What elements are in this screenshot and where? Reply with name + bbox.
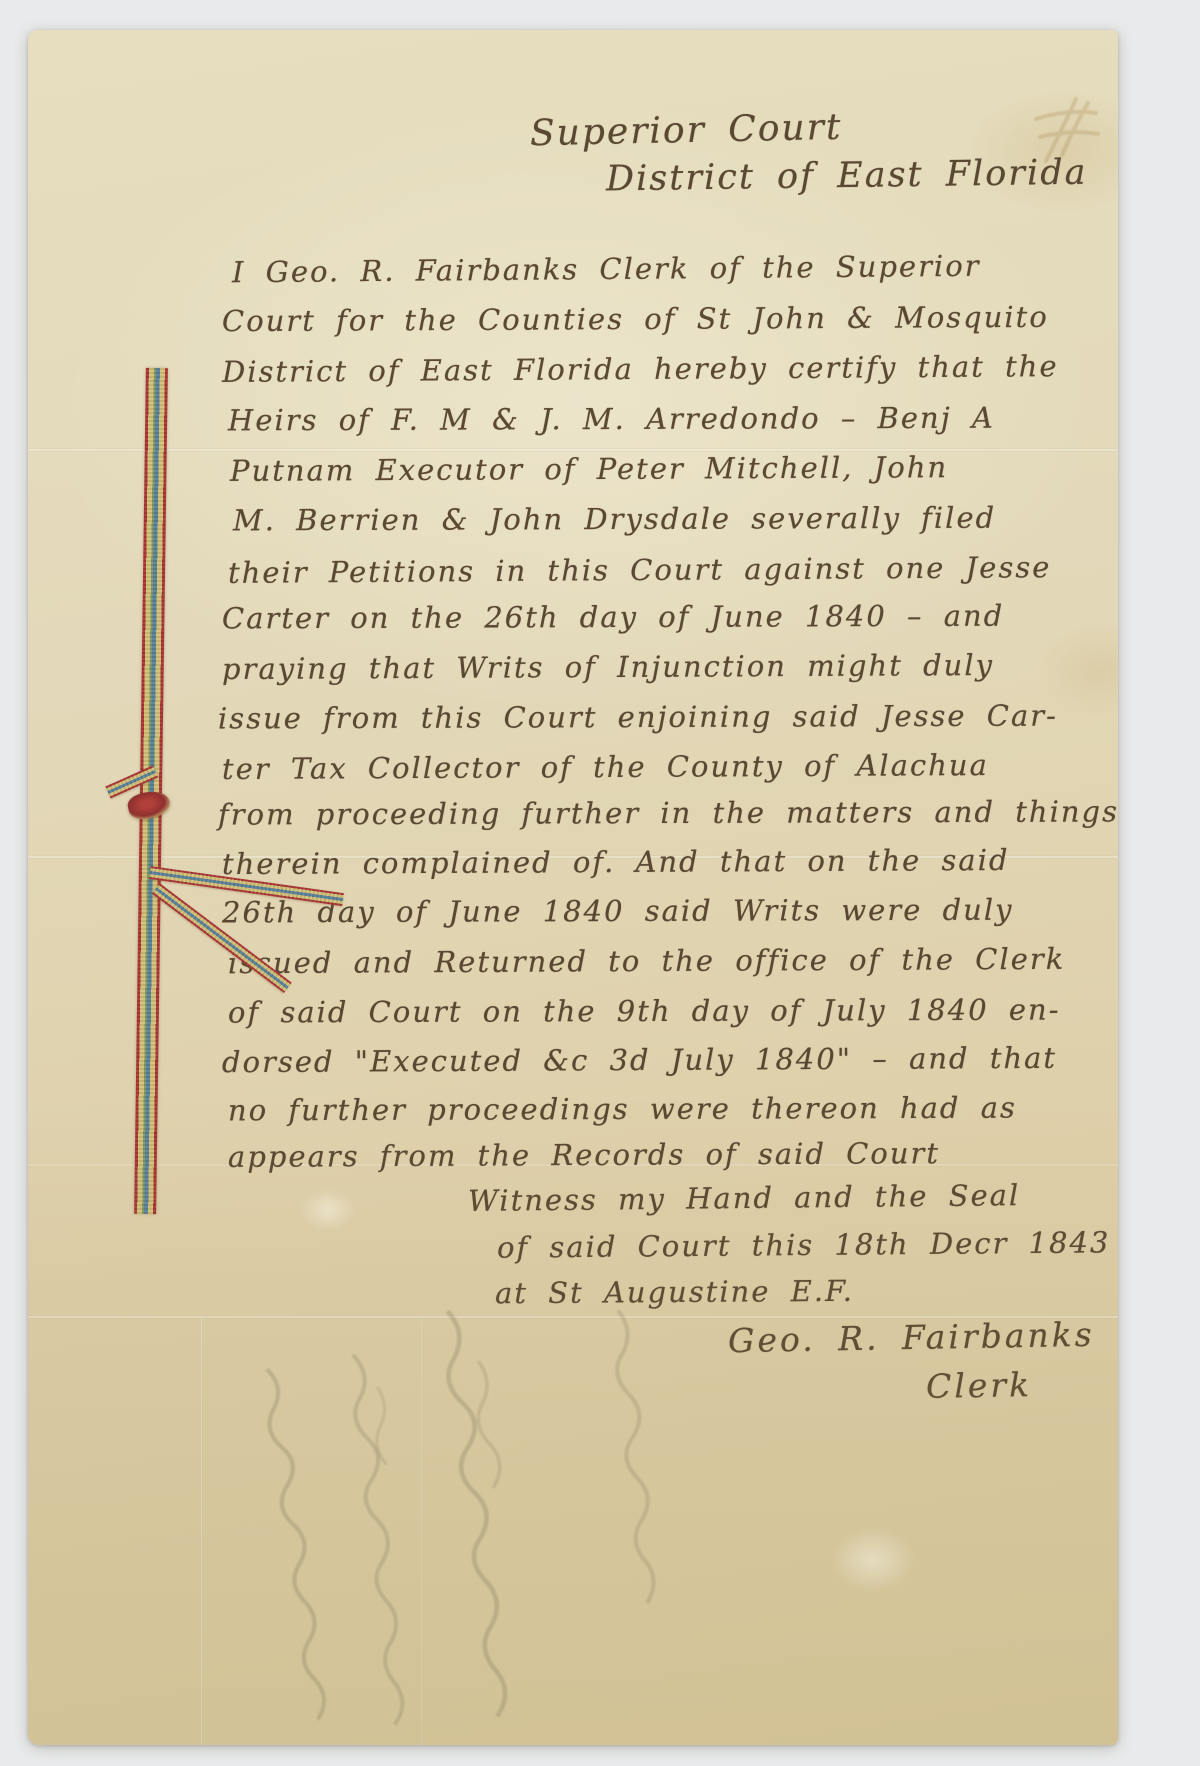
manuscript-line: Putnam Executor of Peter Mitchell, John xyxy=(230,450,948,488)
manuscript-line: appears from the Records of said Court xyxy=(228,1136,940,1174)
manuscript-line: Carter on the 26th day of June 1840 – an… xyxy=(222,599,1004,636)
district-title: District of East Florida xyxy=(606,153,1088,200)
witness-line: Witness my Hand and the Seal xyxy=(468,1178,1021,1218)
scan-background: Superior Court District of East Florida … xyxy=(0,0,1200,1766)
manuscript-line: no further proceedings were thereon had … xyxy=(228,1091,1017,1128)
manuscript-line: of said Court on the 9th day of July 184… xyxy=(228,993,1061,1030)
ribbon-knot xyxy=(126,788,172,822)
manuscript-line: I Geo. R. Fairbanks Clerk of the Superio… xyxy=(232,249,981,290)
document-page: Superior Court District of East Florida … xyxy=(28,30,1118,1745)
manuscript-line: praying that Writs of Injunction might d… xyxy=(222,648,994,686)
manuscript-line: their Petitions in this Court against on… xyxy=(228,550,1052,590)
signature-title: Clerk xyxy=(926,1365,1033,1406)
signature: Geo. R. Fairbanks xyxy=(728,1315,1095,1360)
witness-line: at St Augustine E.F. xyxy=(495,1274,854,1311)
manuscript-line: Heirs of F. M & J. M. Arredondo – Benj A xyxy=(228,401,995,438)
manuscript-line: dorsed "Executed &c 3d July 1840" – and … xyxy=(222,1041,1057,1079)
bleed-through-writing xyxy=(407,1299,535,1745)
manuscript-line: District of East Florida hereby certify … xyxy=(222,349,1059,389)
manuscript-line: from proceeding further in the matters a… xyxy=(218,794,1119,831)
manuscript-line: therein complained of. And that on the s… xyxy=(222,843,1010,881)
fold-crease xyxy=(200,1317,203,1745)
manuscript-line: ter Tax Collector of the County of Alach… xyxy=(222,748,989,786)
manuscript-line: issued and Returned to the office of the… xyxy=(228,942,1065,980)
manuscript-line: issue from this Court enjoining said Jes… xyxy=(218,699,1058,736)
manuscript-line: M. Berrien & John Drysdale severally fil… xyxy=(233,501,996,538)
witness-line: of said Court this 18th Decr 1843 xyxy=(497,1225,1111,1264)
bleed-through-writing xyxy=(579,1300,676,1634)
manuscript-line: Court for the Counties of St John & Mosq… xyxy=(222,300,1049,338)
court-title: Superior Court xyxy=(530,107,843,155)
